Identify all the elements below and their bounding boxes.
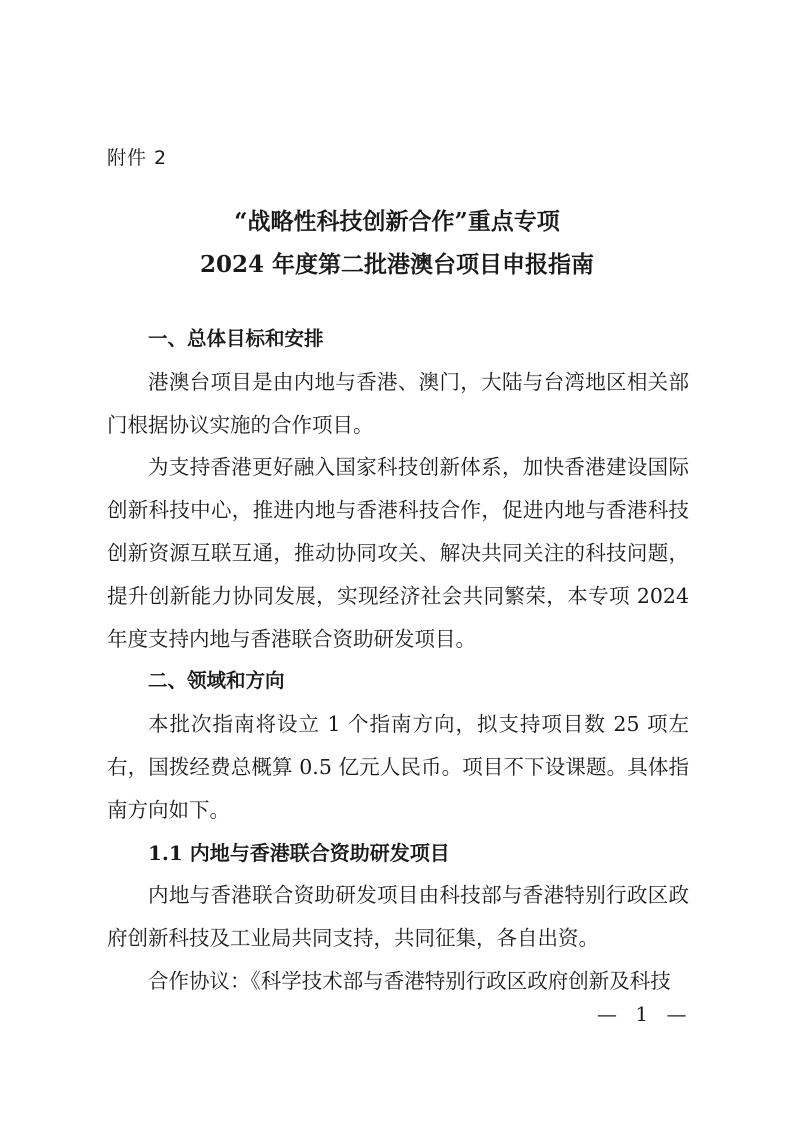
document-title-line-2: 2024 年度第二批港澳台项目申报指南 [0,246,794,279]
attachment-label: 附件 2 [107,143,167,170]
document-title-line-1: “战略性科技创新合作”重点专项 [0,203,794,236]
document-body: 一、总体目标和安排 港澳台项目是由内地与香港、澳门，大陆与台湾地区相关部门根据协… [107,318,689,1003]
document-page: 附件 2 “战略性科技创新合作”重点专项 2024 年度第二批港澳台项目申报指南… [0,0,794,1123]
paragraph: 合作协议：《科学技术部与香港特别行政区政府创新及科技 [107,960,689,1003]
paragraph: 本批次指南将设立 1 个指南方向，拟支持项目数 25 项左右，国拨经费总概算 0… [107,703,689,831]
section-heading-1: 一、总体目标和安排 [107,318,689,361]
paragraph: 内地与香港联合资助研发项目由科技部与香港特别行政区政府创新科技及工业局共同支持，… [107,874,689,960]
paragraph: 港澳台项目是由内地与香港、澳门，大陆与台湾地区相关部门根据协议实施的合作项目。 [107,361,689,447]
paragraph: 为支持香港更好融入国家科技创新体系，加快香港建设国际创新科技中心，推进内地与香港… [107,446,689,660]
page-number: — 1 — [597,1002,692,1026]
subsection-heading-1-1: 1.1 内地与香港联合资助研发项目 [107,832,689,875]
section-heading-2: 二、领域和方向 [107,660,689,703]
